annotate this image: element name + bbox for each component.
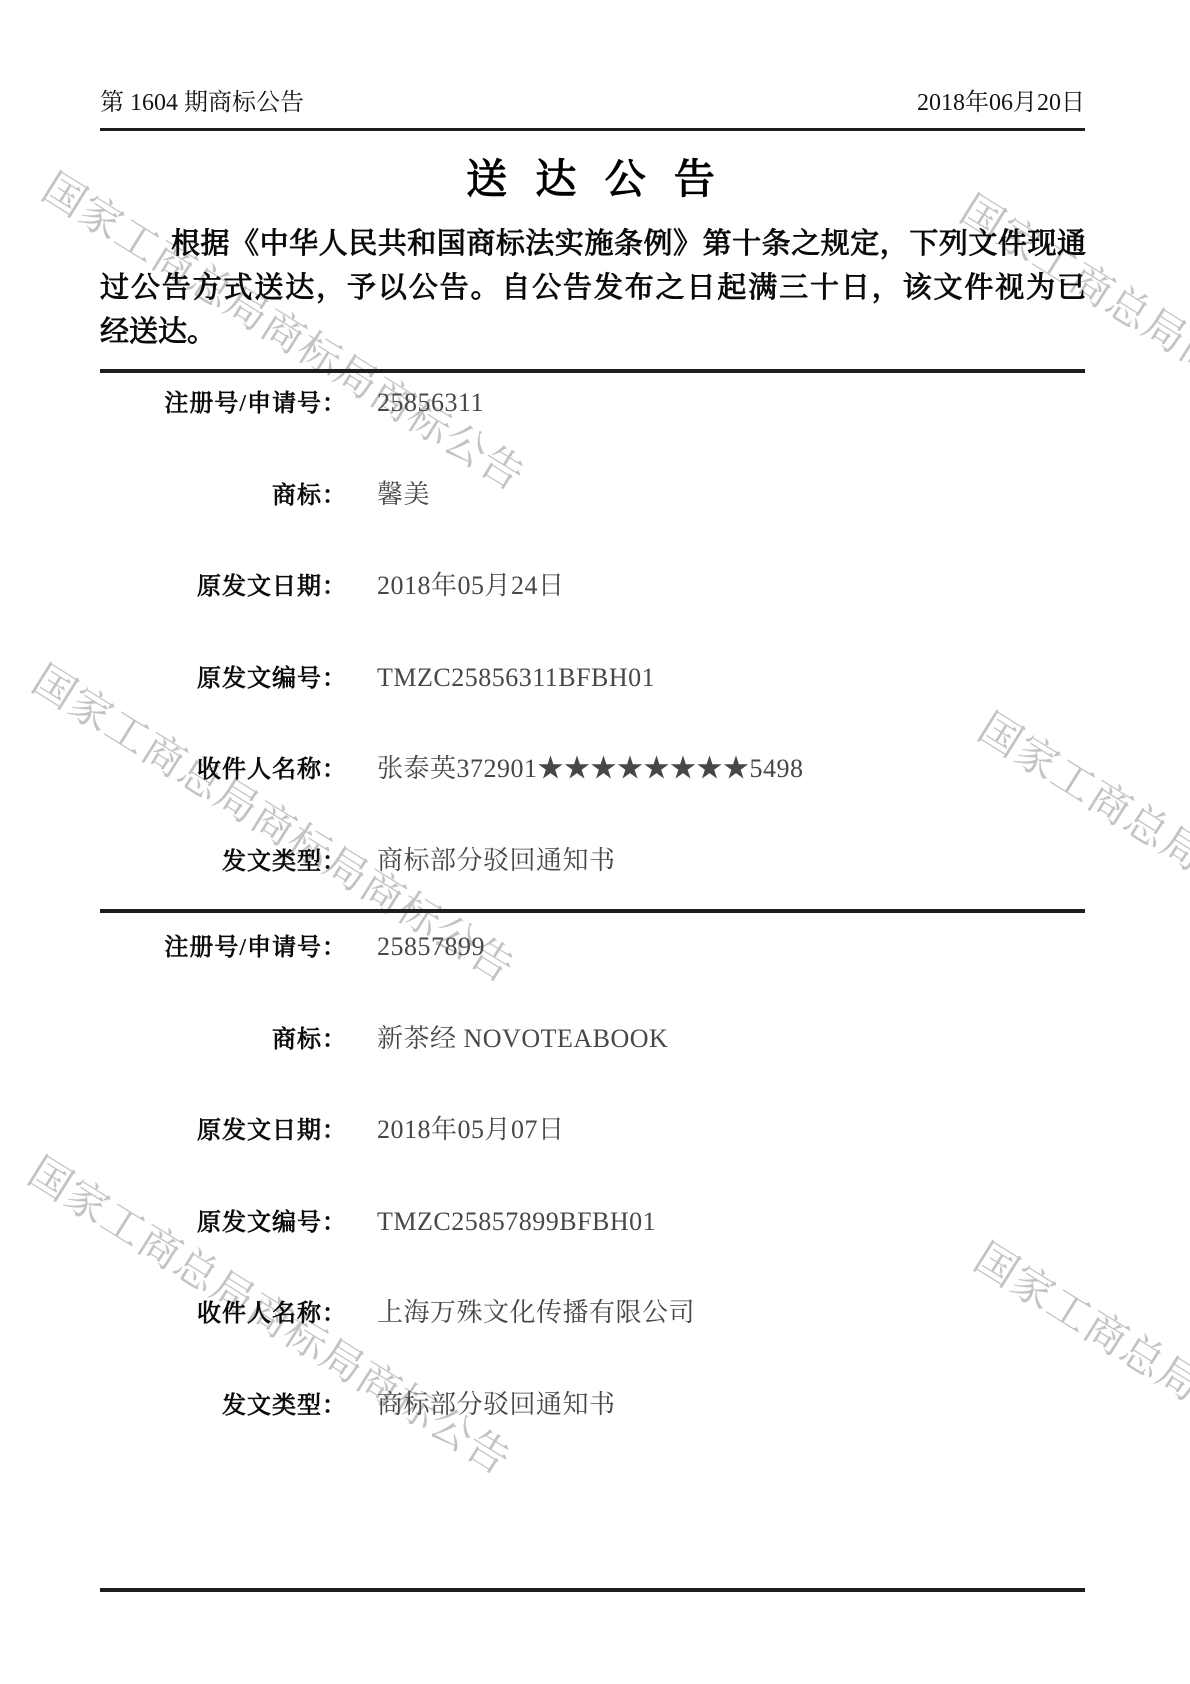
- record-divider: [100, 369, 1085, 373]
- field-row-document-type: 发文类型： 商标部分驳回通知书: [100, 844, 1085, 879]
- field-label: 原发文日期：: [100, 1114, 347, 1148]
- field-label: 发文类型：: [100, 1389, 347, 1423]
- field-value: TMZC25856311BFBH01: [377, 661, 655, 695]
- notice-line: 经送达。: [100, 310, 1086, 354]
- field-value: TMZC25857899BFBH01: [377, 1205, 656, 1239]
- field-value: 上海万殊文化传播有限公司: [377, 1296, 695, 1330]
- field-label: 注册号/申请号：: [100, 931, 347, 965]
- field-value: 商标部分驳回通知书: [377, 844, 616, 878]
- field-label: 收件人名称：: [100, 1297, 347, 1331]
- field-value: 25857899: [377, 930, 485, 964]
- header-rule: [100, 128, 1085, 131]
- gazette-date: 2018年06月20日: [917, 82, 1085, 117]
- gazette-issue-number: 第 1604 期商标公告: [100, 82, 304, 117]
- field-label: 商标：: [100, 1023, 347, 1057]
- field-row-document-type: 发文类型： 商标部分驳回通知书: [100, 1388, 1085, 1423]
- field-label: 原发文编号：: [100, 1206, 347, 1240]
- field-row-trademark: 商标： 新茶经 NOVOTEABOOK: [100, 1022, 1085, 1057]
- page-bottom-rule: [100, 1588, 1085, 1592]
- field-value: 2018年05月07日: [377, 1113, 565, 1147]
- notice-paragraph: 根据《中华人民共和国商标法实施条例》第十条之规定，下列文件现通 过公告方式送达，…: [100, 222, 1086, 354]
- field-row-original-issue-date: 原发文日期： 2018年05月24日: [100, 569, 1085, 604]
- field-value: 25856311: [377, 386, 484, 420]
- notice-line: 过公告方式送达，予以公告。自公告发布之日起满三十日，该文件视为已: [100, 266, 1086, 310]
- field-value: 张泰英372901★★★★★★★★5498: [377, 752, 804, 786]
- field-label: 发文类型：: [100, 845, 347, 879]
- field-row-original-issue-date: 原发文日期： 2018年05月07日: [100, 1113, 1085, 1148]
- field-row-registration-number: 注册号/申请号： 25857899: [100, 930, 1085, 965]
- field-value: 新茶经 NOVOTEABOOK: [377, 1022, 668, 1056]
- field-row-trademark: 商标： 馨美: [100, 478, 1085, 513]
- field-label: 注册号/申请号：: [100, 387, 347, 421]
- field-value: 商标部分驳回通知书: [377, 1388, 616, 1422]
- field-label: 原发文编号：: [100, 662, 347, 696]
- page-title: 送 达 公 告: [100, 146, 1085, 205]
- notice-line: 根据《中华人民共和国商标法实施条例》第十条之规定，下列文件现通: [100, 222, 1086, 266]
- field-row-recipient-name: 收件人名称： 上海万殊文化传播有限公司: [100, 1296, 1085, 1331]
- page-header: 第 1604 期商标公告 2018年06月20日: [100, 82, 1085, 117]
- gazette-page: 国家工商总局商标局商标公告 国家工商总局商标局商标公告 国家工商总局商标局商标公…: [0, 0, 1190, 1684]
- field-label: 收件人名称：: [100, 753, 347, 787]
- field-row-registration-number: 注册号/申请号： 25856311: [100, 386, 1085, 421]
- field-label: 原发文日期：: [100, 570, 347, 604]
- record-divider: [100, 909, 1085, 913]
- field-label: 商标：: [100, 479, 347, 513]
- field-row-original-document-number: 原发文编号： TMZC25857899BFBH01: [100, 1205, 1085, 1240]
- field-value: 馨美: [377, 478, 430, 512]
- field-row-recipient-name: 收件人名称： 张泰英372901★★★★★★★★5498: [100, 752, 1085, 787]
- field-value: 2018年05月24日: [377, 569, 565, 603]
- field-row-original-document-number: 原发文编号： TMZC25856311BFBH01: [100, 661, 1085, 696]
